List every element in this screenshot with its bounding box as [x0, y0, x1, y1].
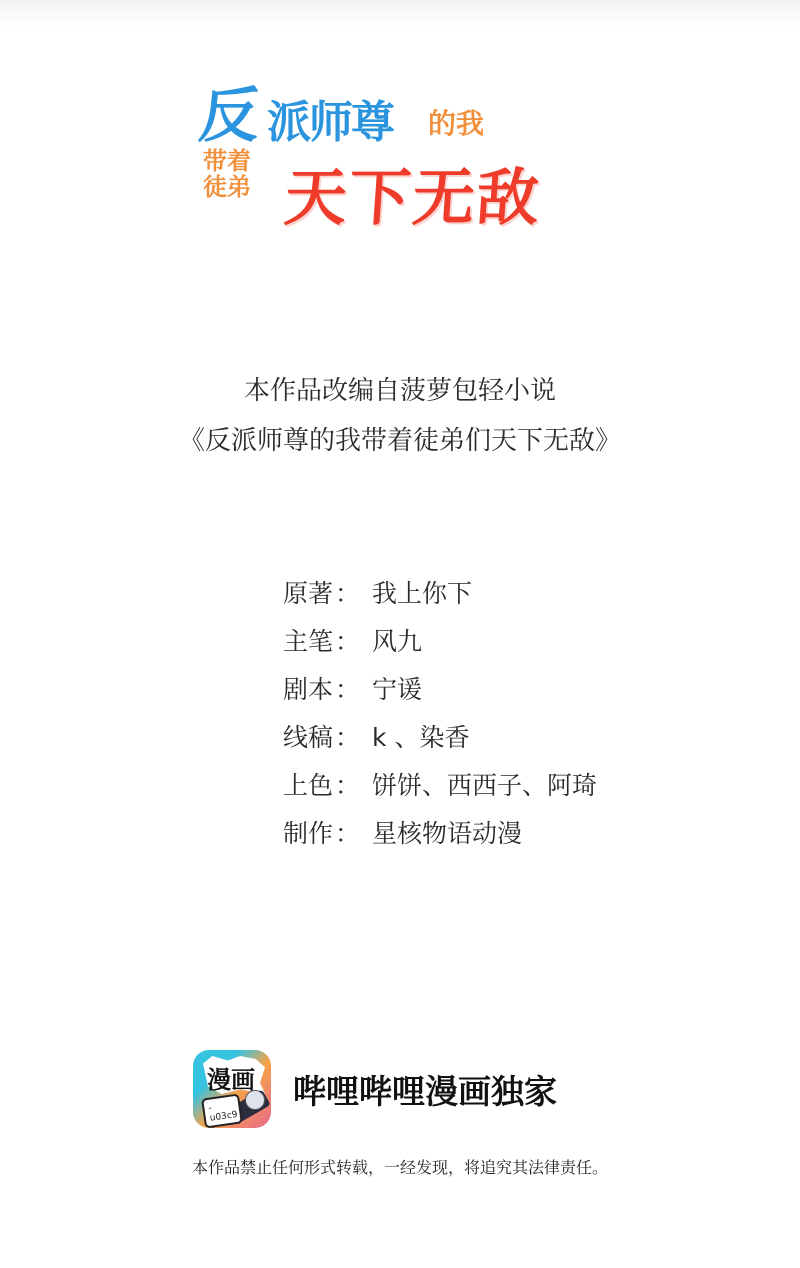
- credit-name: 我上你下: [372, 579, 472, 608]
- credit-name: k 、染香: [372, 723, 469, 752]
- credit-row: 原著：我上你下: [283, 577, 597, 625]
- credit-name: 宁谖: [372, 675, 422, 704]
- novel-title: 《反派师尊的我带着徒弟们天下无敌》: [0, 420, 800, 457]
- credit-role: 剧本: [283, 675, 333, 704]
- credit-row: 主笔：风九: [283, 625, 597, 673]
- credit-row: 上色：饼饼、西西子、阿琦: [283, 769, 597, 817]
- credit-row: 剧本：宁谖: [283, 673, 597, 721]
- credit-name: 饼饼、西西子、阿琦: [372, 771, 597, 800]
- credit-name: 风九: [372, 627, 422, 656]
- credit-sep: ：: [335, 579, 360, 608]
- logo-small-text: 带着 徒弟: [203, 148, 251, 200]
- credits-list: 原著：我上你下 主笔：风九 剧本：宁谖 线稿：k 、染香 上色：饼饼、西西子、阿…: [283, 577, 597, 865]
- logo-orange-text: 的我: [428, 102, 484, 142]
- credit-name: 星核物语动漫: [372, 819, 522, 848]
- credit-sep: ：: [335, 627, 360, 656]
- logo-red-text: 天下无敌: [282, 148, 544, 237]
- exclusive-label: 哔哩哔哩漫画独家: [293, 1066, 557, 1113]
- credit-role: 线稿: [283, 723, 333, 752]
- credit-sep: ：: [335, 819, 360, 848]
- credit-sep: ：: [335, 675, 360, 704]
- logo-small-bottom: 徒弟: [203, 173, 251, 201]
- credit-row: 线稿：k 、染香: [283, 721, 597, 769]
- credit-role: 原著: [283, 579, 333, 608]
- top-fade-strip: [0, 0, 800, 28]
- bilibili-manga-brand: 漫画 哔哩哔哩漫画独家: [193, 1050, 557, 1128]
- logo-blue-text: 派师尊: [267, 86, 393, 150]
- credit-sep: ：: [335, 771, 360, 800]
- credit-sep: ：: [335, 723, 360, 752]
- credit-row: 制作：星核物语动漫: [283, 817, 597, 865]
- logo-small-top: 带着: [203, 147, 251, 175]
- mascot-hand-shape: [245, 1090, 265, 1110]
- credit-role: 制作: [283, 819, 333, 848]
- adaptation-note: 本作品改编自菠萝包轻小说: [0, 370, 800, 407]
- app-icon-label: 漫画: [207, 1060, 255, 1095]
- title-logo: 反 派师尊 的我 带着 徒弟 天下无敌: [195, 68, 635, 238]
- copyright-notice: 本作品禁止任何形式转载，一经发现，将追究其法律责任。: [0, 1155, 800, 1178]
- bilibili-manga-app-icon: 漫画: [193, 1050, 271, 1128]
- logo-char-fan: 反: [195, 68, 264, 154]
- tv-mascot-icon: [201, 1094, 243, 1128]
- credit-role: 主笔: [283, 627, 333, 656]
- credit-role: 上色: [283, 771, 333, 800]
